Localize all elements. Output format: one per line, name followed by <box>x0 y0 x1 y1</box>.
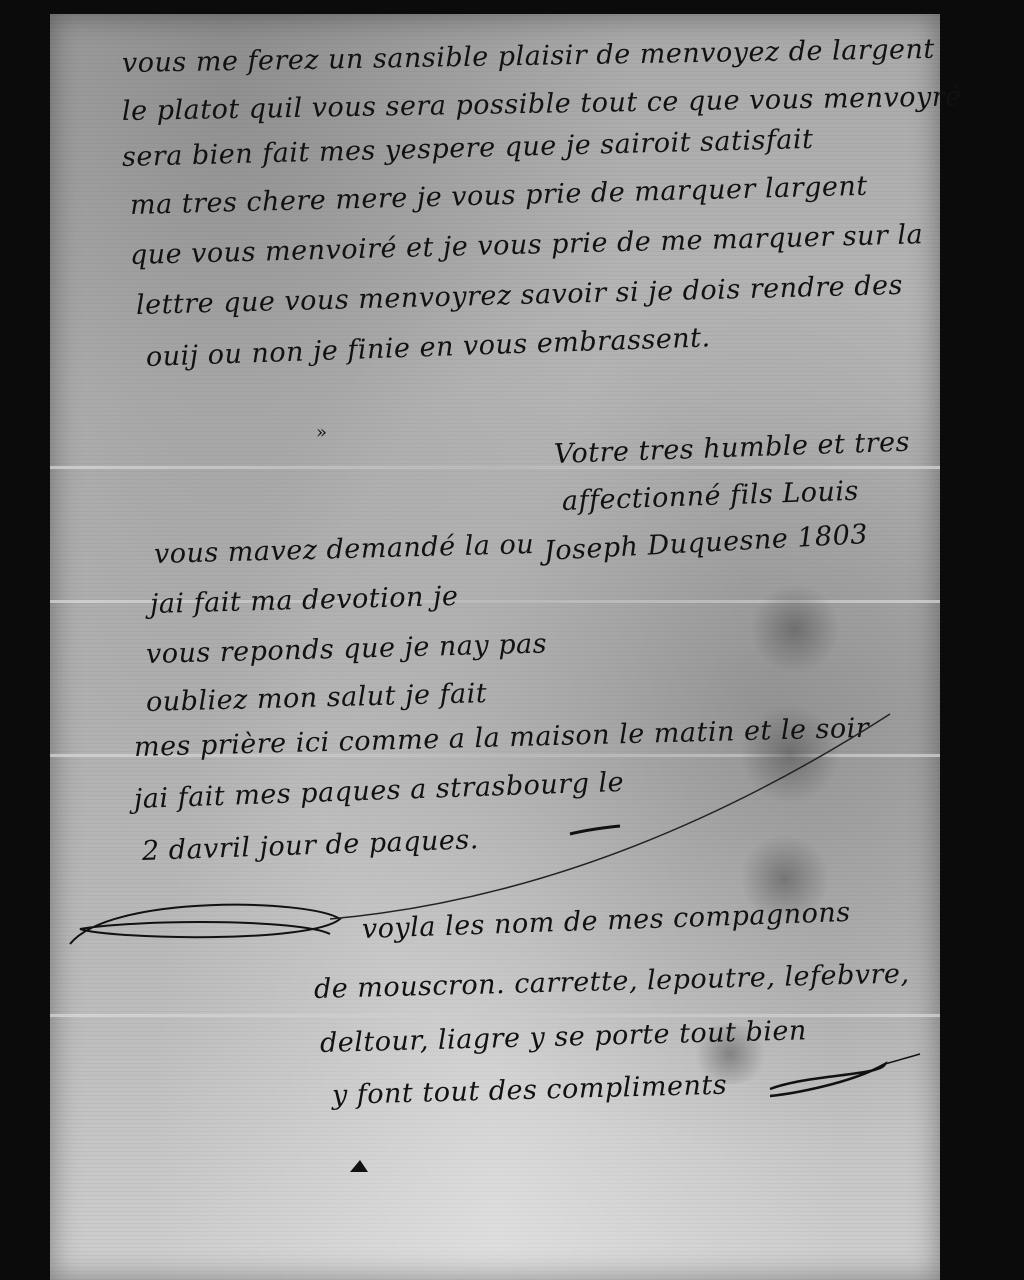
photo-frame: vous me ferez un sansible plaisir de men… <box>0 0 1024 1280</box>
letter-paper: vous me ferez un sansible plaisir de men… <box>50 14 940 1280</box>
